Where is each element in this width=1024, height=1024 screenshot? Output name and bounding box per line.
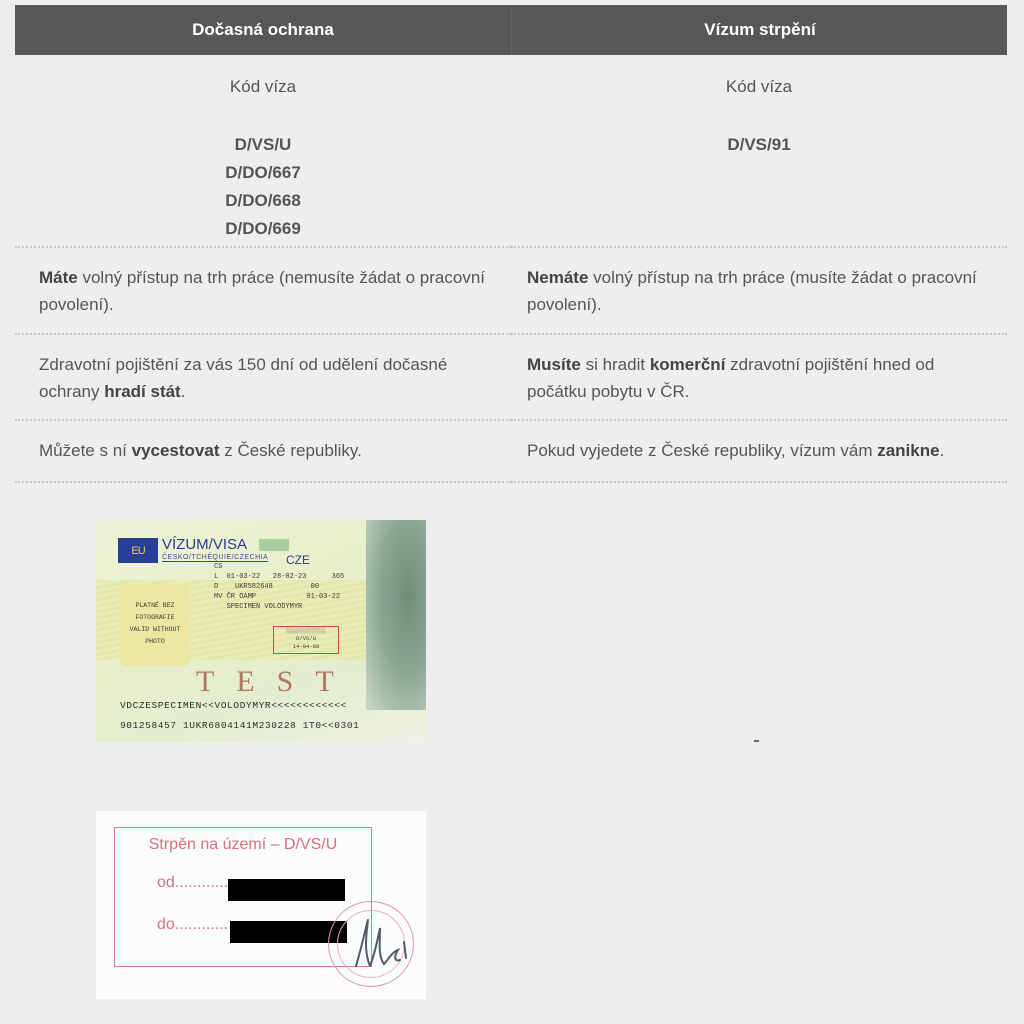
cell-left-visa-code: Kód víza D/VS/U D/DO/667 D/DO/668 D/DO/6… bbox=[15, 55, 511, 248]
cell-left-labor: Máte volný přístup na trh práce (nemusít… bbox=[15, 248, 511, 335]
visa-code: D/DO/668 bbox=[15, 187, 511, 215]
header-tolerance-visa: Vízum strpění bbox=[511, 5, 1008, 55]
visa-code: D/VS/91 bbox=[511, 131, 1007, 159]
visa-code: D/DO/669 bbox=[15, 215, 511, 243]
visa-mrz-line: VDCZESPECIMEN<<VOLODYMYR<<<<<<<<<<<< bbox=[120, 700, 347, 711]
visa-subtitle: ČESKO/TCHÉQUIE/CZECHIA bbox=[162, 554, 268, 562]
visa-fields: CS L 01-03-22 28-02-23 365 D UKR582648 0… bbox=[214, 562, 344, 612]
visa-mrz-line: 901258457 1UKR6804141M230228 1T0<<0301 bbox=[120, 720, 359, 731]
table-header: Dočasná ochrana Vízum strpění bbox=[15, 5, 1007, 55]
tolerance-stamp-image: Strpěn na území – D/VS/U od.............… bbox=[96, 811, 426, 999]
visa-code: D/VS/U bbox=[15, 131, 511, 159]
cell-right-insurance: Musíte si hradit komerční zdravotní poji… bbox=[511, 335, 1007, 421]
table-row-visa-code: Kód víza D/VS/U D/DO/667 D/DO/668 D/DO/6… bbox=[15, 55, 1007, 248]
visa-code: D/DO/667 bbox=[15, 159, 511, 187]
redaction-bar bbox=[228, 879, 345, 901]
visa-title: VÍZUM/VISA bbox=[162, 536, 247, 553]
signature-icon bbox=[348, 916, 418, 971]
cell-right-labor: Nemáte volný přístup na trh práce (musít… bbox=[511, 248, 1007, 335]
comparison-table: Dočasná ochrana Vízum strpění Kód víza D… bbox=[15, 5, 1007, 483]
cell-right-visa-code: Kód víza D/VS/91 bbox=[511, 55, 1007, 248]
table-row-health-insurance: Zdravotní pojištění za vás 150 dní od ud… bbox=[15, 335, 1007, 421]
placeholder-dash bbox=[754, 740, 759, 742]
table-row-labor-market: Máte volný přístup na trh práce (nemusít… bbox=[15, 248, 1007, 335]
visa-photo-placeholder: PLATNÉ BEZ FOTOGRAFIE VALID WITHOUT PHOT… bbox=[120, 584, 190, 666]
cell-right-travel: Pokud vyjedete z České republiky, vízum … bbox=[511, 421, 1007, 483]
visa-watermark: TEST bbox=[196, 665, 356, 699]
cell-left-insurance: Zdravotní pojištění za vás 150 dní od ud… bbox=[15, 335, 511, 421]
table-row-travel: Můžete s ní vycestovat z České republiky… bbox=[15, 421, 1007, 483]
stamp-title: Strpěn na území – D/VS/U bbox=[115, 836, 371, 854]
eu-flag-icon: EU bbox=[118, 538, 158, 563]
header-temporary-protection: Dočasná ochrana bbox=[15, 5, 511, 55]
visa-code-label: Kód víza bbox=[511, 75, 1007, 99]
visa-sticker-image: EU VÍZUM/VISA ČESKO/TCHÉQUIE/CZECHIA CZE… bbox=[96, 520, 426, 742]
visa-code-label: Kód víza bbox=[15, 75, 511, 99]
cell-left-travel: Můžete s ní vycestovat z České republiky… bbox=[15, 421, 511, 483]
visa-code-highlight: ░░░░░░░░░░░░ D/VS/U 14-04-68 bbox=[273, 626, 339, 654]
